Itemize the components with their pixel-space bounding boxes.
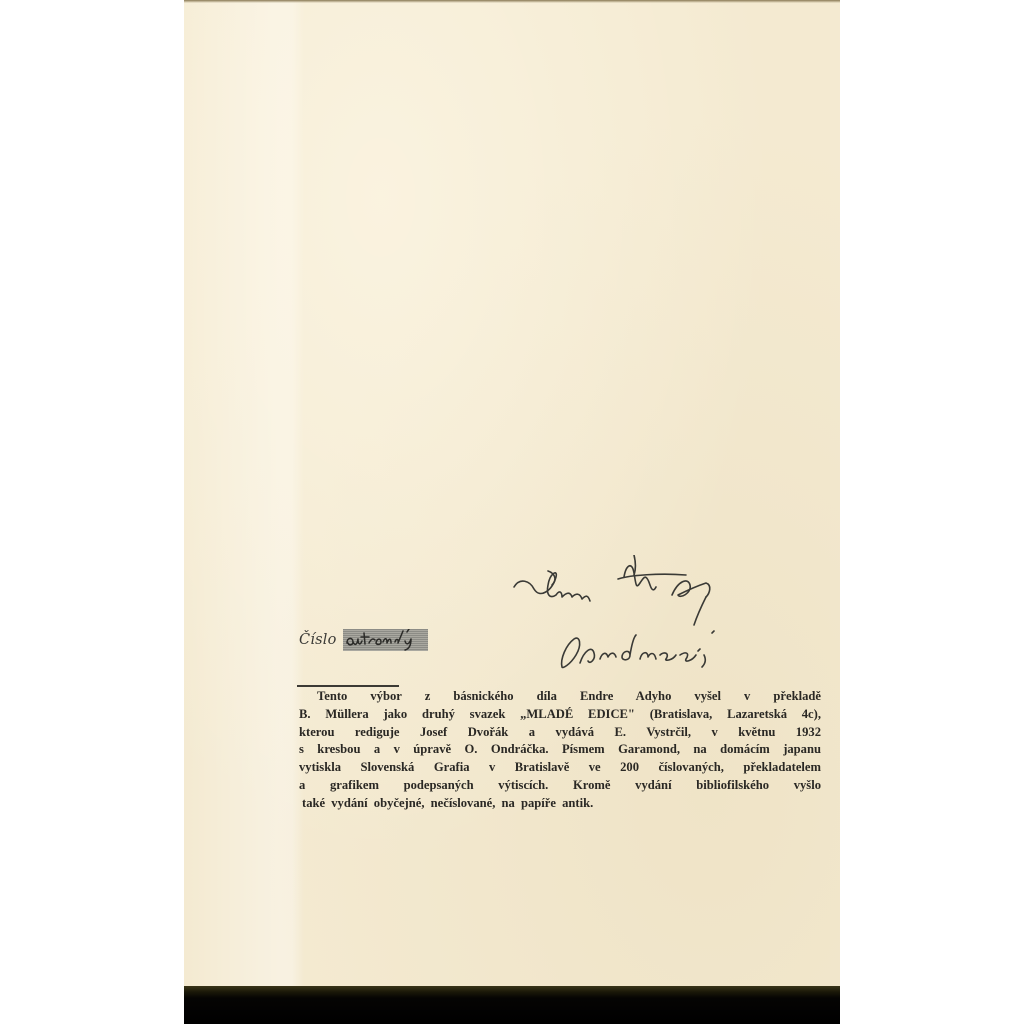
document-page xyxy=(184,0,840,986)
colophon-line: B. Müllera jako druhý svazek „MLADÉ EDIC… xyxy=(299,706,821,724)
handwritten-signature xyxy=(500,555,740,685)
copy-number-field: Číslo xyxy=(299,629,428,651)
colophon-text: Tento výbor z básnického díla Endre Adyh… xyxy=(299,688,821,813)
copy-number-stamp-box xyxy=(343,629,428,651)
handwritten-copy-number xyxy=(343,629,428,651)
copy-number-label: Číslo xyxy=(299,632,337,648)
colophon-line: kterou rediguje Josef Dvořák a vydává E.… xyxy=(299,724,821,742)
colophon-line: také vydání obyčejné, nečíslované, na pa… xyxy=(299,795,821,813)
colophon-line: a grafikem podepsaných výtiscích. Kromě … xyxy=(299,777,821,795)
colophon-line: s kresbou a v úpravě O. Ondráčka. Písmem… xyxy=(299,741,821,759)
colophon-line: vytiskla Slovenská Grafia v Bratislavě v… xyxy=(299,759,821,777)
colophon-line: Tento výbor z básnického díla Endre Adyh… xyxy=(299,688,821,706)
divider-rule xyxy=(297,685,399,687)
scan-bottom-shadow xyxy=(184,986,840,1024)
page-top-edge xyxy=(184,0,840,3)
